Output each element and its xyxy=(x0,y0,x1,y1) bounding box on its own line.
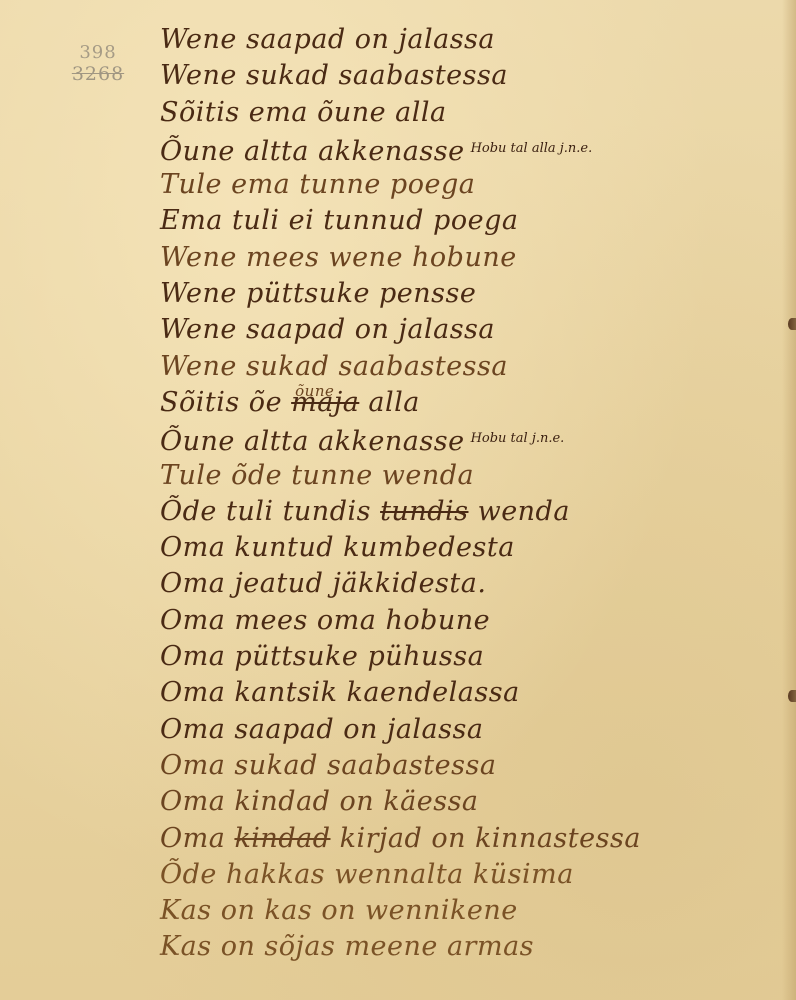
ink-blot xyxy=(788,318,796,330)
line-text: Oma kuntud kumbedesta xyxy=(160,532,515,563)
line-text: Wene püttsuke pensse xyxy=(160,278,476,309)
verse-line: Kas on kas on wennikene xyxy=(160,893,790,929)
struck-word: tundis xyxy=(380,496,468,527)
verse-line: Ema tuli ei tunnud poega xyxy=(160,203,790,239)
verse-line: Kas on sõjas meene armas xyxy=(160,929,790,965)
line-text: kirjad on kinnastessa xyxy=(340,823,641,854)
verse-line: Oma kindad kirjad on kinnastessa xyxy=(160,821,790,857)
line-text: Oma jeatud jäkkidesta. xyxy=(160,568,486,599)
line-text: Oma sukad saabastessa xyxy=(160,750,496,781)
shelfmark-old-struck: 3268 xyxy=(58,63,138,85)
line-text: Oma xyxy=(160,823,225,854)
line-text: Oma kantsik kaendelassa xyxy=(160,677,520,708)
line-text: Kas on sõjas meene armas xyxy=(160,931,534,962)
verse-line: Wene püttsuke pensse xyxy=(160,276,790,312)
line-text: Tule õde tunne wenda xyxy=(160,460,474,491)
verse-line: Oma kantsik kaendelassa xyxy=(160,675,790,711)
margin-note: Hobu tal alla j.n.e. xyxy=(471,141,593,156)
line-text: Wene sukad saabastessa xyxy=(160,60,508,91)
line-text: Õune altta akkenasse xyxy=(160,136,465,167)
ink-blot xyxy=(788,690,796,702)
verse-line: Oma sukad saabastessa xyxy=(160,748,790,784)
verse-line: Oma kindad on käessa xyxy=(160,784,790,820)
insertion-above: õune xyxy=(295,373,334,409)
verse-line: Õune altta akkenasseHobu tal alla j.n.e. xyxy=(160,131,790,167)
verse-line: Tule ema tunne poega xyxy=(160,167,790,203)
verse-line: Wene sukad saabastessa xyxy=(160,349,790,385)
line-text: Wene mees wene hobune xyxy=(160,242,517,273)
line-text: Õde hakkas wennalta küsima xyxy=(160,859,574,890)
margin-note: Hobu tal j.n.e. xyxy=(471,431,565,446)
verse-lines: Wene saapad on jalassa Wene sukad saabas… xyxy=(160,22,790,966)
line-text: Ema tuli ei tunnud poega xyxy=(160,205,518,236)
line-text: Sõitis ema õune alla xyxy=(160,97,447,128)
line-text: alla xyxy=(368,387,419,418)
verse-line: Wene saapad on jalassa xyxy=(160,312,790,348)
verse-line: Wene mees wene hobune xyxy=(160,240,790,276)
verse-line: Õde hakkas wennalta küsima xyxy=(160,857,790,893)
verse-line: Õde tuli tundis tundis wenda xyxy=(160,494,790,530)
verse-line: Wene saapad on jalassa xyxy=(160,22,790,58)
line-text: wenda xyxy=(478,496,570,527)
line-text: Wene saapad on jalassa xyxy=(160,314,495,345)
verse-line: Wene sukad saabastessa xyxy=(160,58,790,94)
verse-line: Sõitis õe õune maja alla xyxy=(160,385,790,421)
line-text: Oma püttsuke pühussa xyxy=(160,641,484,672)
line-text: Kas on kas on wennikene xyxy=(160,895,518,926)
struck-word: kindad xyxy=(234,823,330,854)
shelfmark-current: 398 xyxy=(58,42,138,63)
line-text: Tule ema tunne poega xyxy=(160,169,475,200)
line-text: Sõitis õe xyxy=(160,387,282,418)
line-text: Oma kindad on käessa xyxy=(160,786,479,817)
verse-line: Oma saapad on jalassa xyxy=(160,712,790,748)
verse-line: Oma jeatud jäkkidesta. xyxy=(160,566,790,602)
line-text: Wene saapad on jalassa xyxy=(160,24,495,55)
line-text: Oma mees oma hobune xyxy=(160,605,490,636)
verse-line: Sõitis ema õune alla xyxy=(160,95,790,131)
verse-line: Tule õde tunne wenda xyxy=(160,458,790,494)
line-text: Õde tuli tundis xyxy=(160,496,371,527)
verse-line: Oma mees oma hobune xyxy=(160,603,790,639)
verse-line: Õune altta akkenasseHobu tal j.n.e. xyxy=(160,421,790,457)
verse-line: Oma kuntud kumbedesta xyxy=(160,530,790,566)
line-text: Õune altta akkenasse xyxy=(160,426,465,457)
verse-line: Oma püttsuke pühussa xyxy=(160,639,790,675)
shelfmark: 398 3268 xyxy=(58,42,138,85)
manuscript-page: 398 3268 Wene saapad on jalassa Wene suk… xyxy=(0,0,796,1000)
line-text: Oma saapad on jalassa xyxy=(160,714,483,745)
